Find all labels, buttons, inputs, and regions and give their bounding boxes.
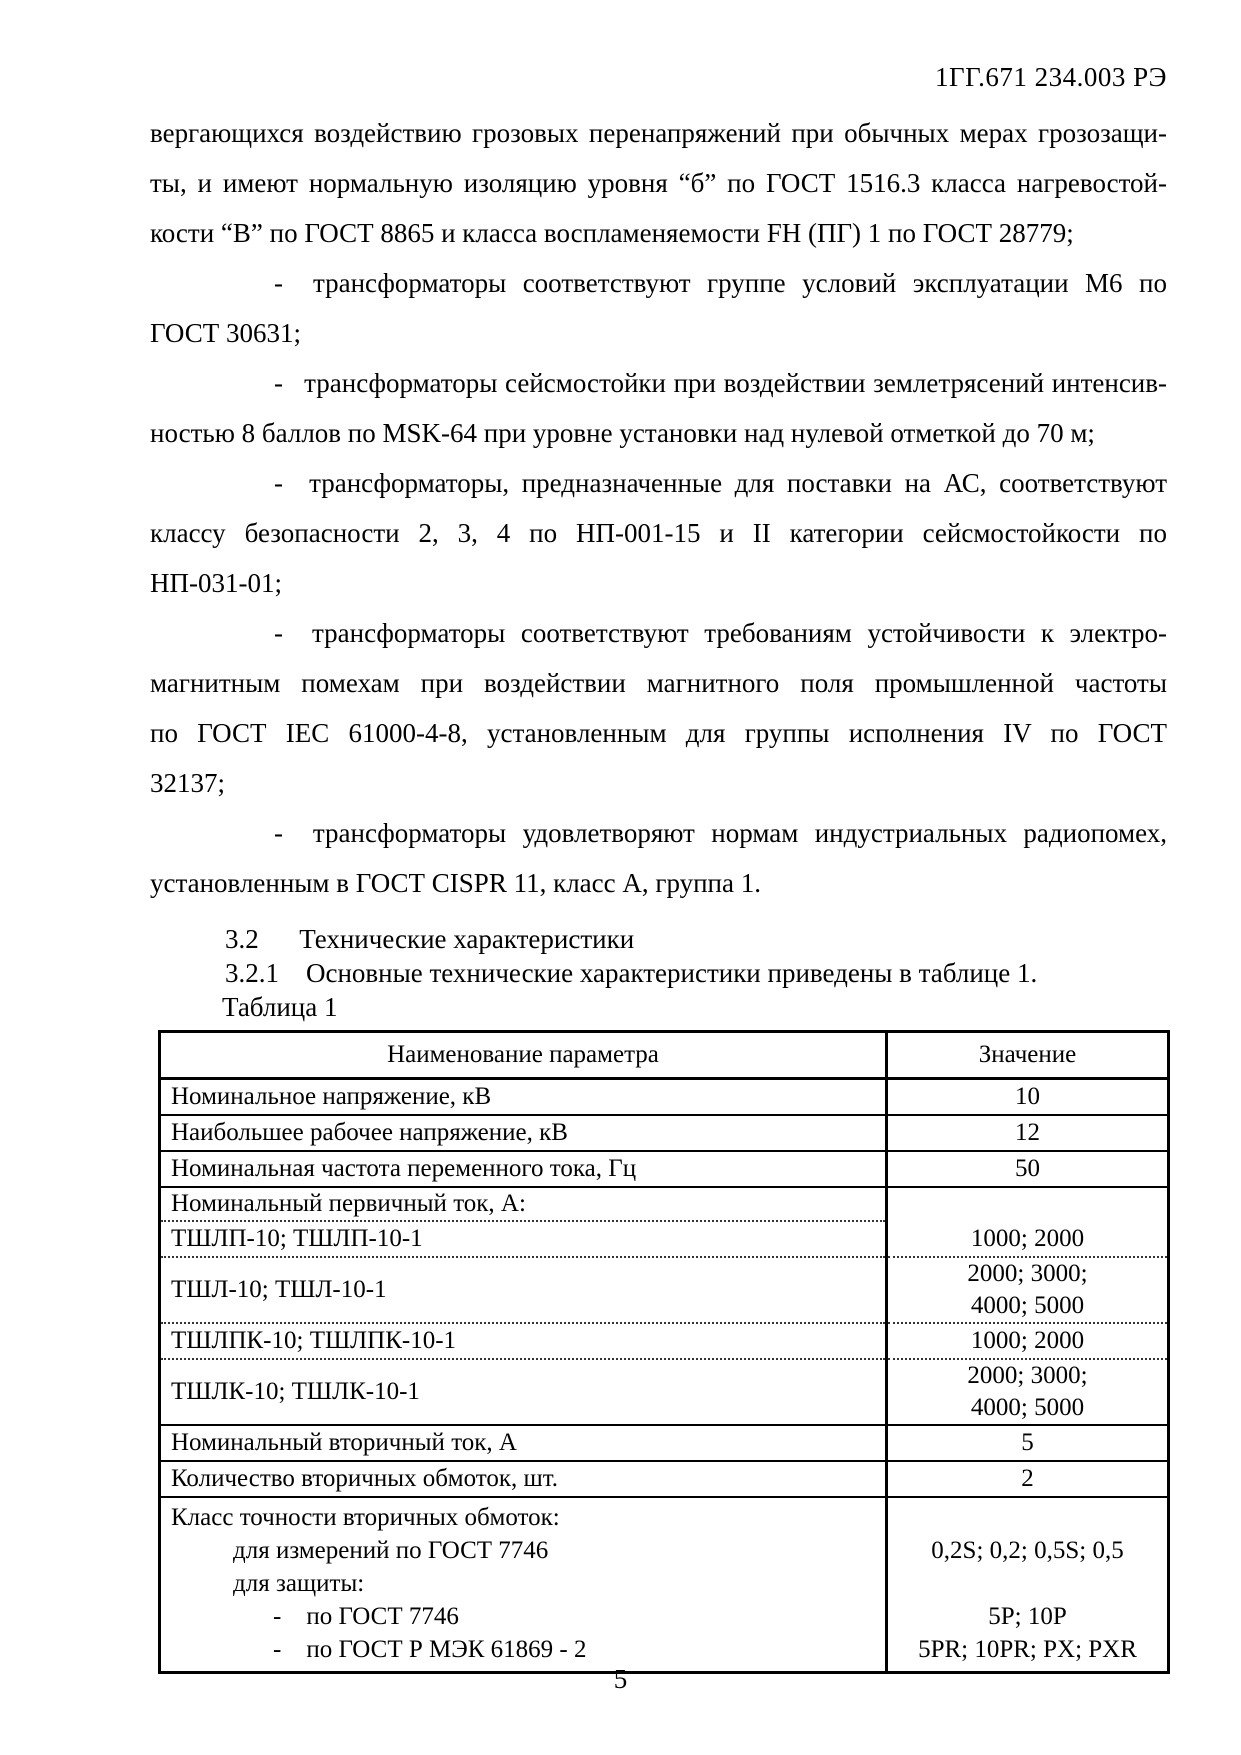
body-line: установленным в ГОСТ CISPR 11, класс А, … xyxy=(150,858,1167,908)
accuracy-title: Класс точности вторичных обмоток: xyxy=(171,1501,875,1534)
sections: 3.2 Технические характеристики 3.2.1 Осн… xyxy=(150,922,1167,1024)
param-cell: ТШЛК-10; ТШЛК-10-1 xyxy=(160,1359,887,1425)
value-cell: 12 xyxy=(887,1115,1169,1151)
table-accuracy-row: Класс точности вторичных обмоток: для из… xyxy=(160,1497,1169,1673)
param-cell: Номинальный первичный ток, А: xyxy=(160,1187,887,1221)
table-row: ТШЛ-10; ТШЛ-10-1 2000; 3000; 4000; 5000 xyxy=(160,1257,1169,1323)
section-heading-3-2: 3.2 Технические характеристики xyxy=(150,922,1167,956)
value-cell: 50 xyxy=(887,1151,1169,1187)
body-line: ностью 8 баллов по MSK-64 при уровне уст… xyxy=(150,408,1167,458)
section-text-3-2-1: 3.2.1 Основные технические характеристик… xyxy=(150,956,1167,990)
table-row: Количество вторичных обмоток, шт. 2 xyxy=(160,1461,1169,1497)
table-row: Номинальный вторичный ток, А 5 xyxy=(160,1425,1169,1461)
value-line: 2000; 3000; xyxy=(898,1360,1157,1392)
body-line: 32137; xyxy=(150,758,1167,808)
doc-number: 1ГГ.671 234.003 РЭ xyxy=(935,62,1167,93)
value-cell: 1000; 2000 xyxy=(887,1323,1169,1359)
value-spacer xyxy=(898,1567,1157,1600)
value-line: 4000; 5000 xyxy=(898,1392,1157,1424)
param-cell: ТШЛП-10; ТШЛП-10-1 xyxy=(160,1221,887,1257)
param-cell: Номинальное напряжение, кВ xyxy=(160,1079,887,1116)
body-line: НП-031-01; xyxy=(150,558,1167,608)
table-header-row: Наименование параметра Значение xyxy=(160,1032,1169,1079)
column-header-value: Значение xyxy=(887,1032,1169,1079)
body-line: кости “В” по ГОСТ 8865 и класса воспламе… xyxy=(150,208,1167,258)
document-page: 1ГГ.671 234.003 РЭ вергающихся воздейств… xyxy=(0,0,1241,1755)
param-cell: Номинальный вторичный ток, А xyxy=(160,1425,887,1461)
accuracy-prot-label: для защиты: xyxy=(171,1567,875,1600)
page-number: 5 xyxy=(0,1664,1241,1695)
value-spacer xyxy=(898,1501,1157,1534)
accuracy-p2-value: 5PR; 10PR; PX; PXR xyxy=(898,1633,1157,1666)
param-cell: ТШЛПК-10; ТШЛПК-10-1 xyxy=(160,1323,887,1359)
value-cell: 1000; 2000 xyxy=(887,1221,1169,1257)
accuracy-meas-value: 0,2S; 0,2; 0,5S; 0,5 xyxy=(898,1534,1157,1567)
characteristics-table: Наименование параметра Значение Номиналь… xyxy=(158,1030,1170,1674)
body-line: классу безопасности 2, 3, 4 по НП-001-15… xyxy=(150,508,1167,558)
value-cell xyxy=(887,1187,1169,1221)
param-cell: Наибольшее рабочее напряжение, кВ xyxy=(160,1115,887,1151)
accuracy-p2-label: - по ГОСТ Р МЭК 61869 - 2 xyxy=(171,1633,875,1666)
body-line: - трансформаторы сейсмостойки при воздей… xyxy=(150,358,1167,408)
body-line: ты, и имеют нормальную изоляцию уровня “… xyxy=(150,158,1167,208)
value-line: 4000; 5000 xyxy=(898,1290,1157,1322)
body-line: - трансформаторы, предназначенные для по… xyxy=(150,458,1167,508)
value-line: 2000; 3000; xyxy=(898,1258,1157,1290)
body-line: ГОСТ 30631; xyxy=(150,308,1167,358)
table-row: Номинальное напряжение, кВ 10 xyxy=(160,1079,1169,1116)
table-row: ТШЛК-10; ТШЛК-10-1 2000; 3000; 4000; 500… xyxy=(160,1359,1169,1425)
value-cell: 0,2S; 0,2; 0,5S; 0,5 5P; 10P 5PR; 10PR; … xyxy=(887,1497,1169,1673)
body-line: вергающихся воздействию грозовых перенап… xyxy=(150,108,1167,158)
body-line: - трансформаторы удовлетворяют нормам ин… xyxy=(150,808,1167,858)
param-cell: Количество вторичных обмоток, шт. xyxy=(160,1461,887,1497)
accuracy-meas-label: для измерений по ГОСТ 7746 xyxy=(171,1534,875,1567)
body-line: - трансформаторы соответствуют группе ус… xyxy=(150,258,1167,308)
param-cell: Номинальная частота переменного тока, Гц xyxy=(160,1151,887,1187)
body-line: - трансформаторы соответствуют требовани… xyxy=(150,608,1167,658)
accuracy-p1-label: - по ГОСТ 7746 xyxy=(171,1600,875,1633)
table-caption: Таблица 1 xyxy=(150,990,1167,1024)
body-line: магнитным помехам при воздействии магнит… xyxy=(150,658,1167,708)
table-group-row: Номинальный первичный ток, А: xyxy=(160,1187,1169,1221)
table-row: Наибольшее рабочее напряжение, кВ 12 xyxy=(160,1115,1169,1151)
value-cell: 5 xyxy=(887,1425,1169,1461)
param-cell: Класс точности вторичных обмоток: для из… xyxy=(160,1497,887,1673)
body-line: по ГОСТ IEC 61000-4-8, установленным для… xyxy=(150,708,1167,758)
value-cell: 2000; 3000; 4000; 5000 xyxy=(887,1359,1169,1425)
value-cell: 2000; 3000; 4000; 5000 xyxy=(887,1257,1169,1323)
body-text: вергающихся воздействию грозовых перенап… xyxy=(150,108,1167,908)
table-row: ТШЛП-10; ТШЛП-10-1 1000; 2000 xyxy=(160,1221,1169,1257)
table-row: ТШЛПК-10; ТШЛПК-10-1 1000; 2000 xyxy=(160,1323,1169,1359)
value-cell: 10 xyxy=(887,1079,1169,1116)
param-cell: ТШЛ-10; ТШЛ-10-1 xyxy=(160,1257,887,1323)
table-row: Номинальная частота переменного тока, Гц… xyxy=(160,1151,1169,1187)
column-header-parameter: Наименование параметра xyxy=(160,1032,887,1079)
value-cell: 2 xyxy=(887,1461,1169,1497)
accuracy-p1-value: 5P; 10P xyxy=(898,1600,1157,1633)
